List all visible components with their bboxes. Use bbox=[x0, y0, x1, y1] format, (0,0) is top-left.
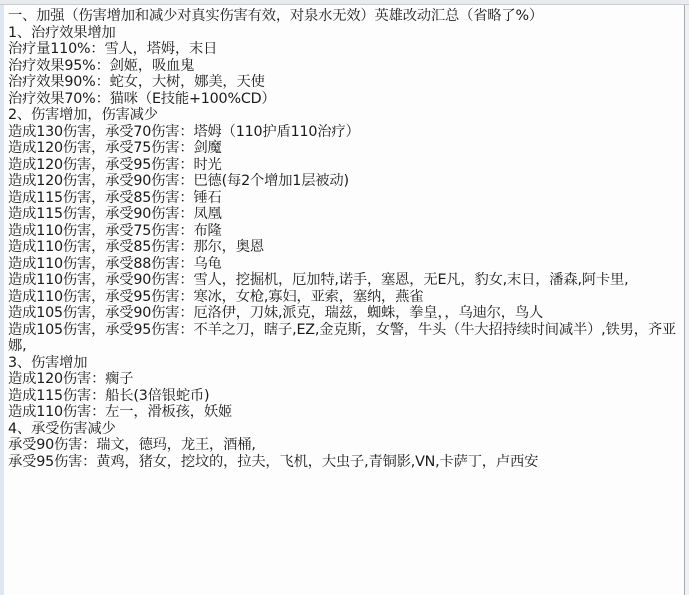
section-heading: 1、治疗效果增加 bbox=[8, 25, 680, 42]
scrollbar-track[interactable] bbox=[685, 5, 689, 595]
text-line: 承受90伤害：瑞文，德玛，龙王，酒桶, bbox=[8, 437, 680, 454]
text-line: 造成110伤害，承受95伤害：寒冰，女枪,寡妇，亚索，塞纳，燕雀 bbox=[8, 289, 680, 306]
window-left-edge bbox=[0, 5, 4, 595]
text-line: 造成115伤害，承受90伤害：凤凰 bbox=[8, 206, 680, 223]
section-damage-taken-reduction: 4、承受伤害减少 承受90伤害：瑞文，德玛，龙王，酒桶, 承受95伤害：黄鸡，猪… bbox=[8, 421, 680, 471]
text-line: 造成120伤害，承受90伤害：巴德(每2个增加1层被动) bbox=[8, 173, 680, 190]
text-line: 造成115伤害：船长(3倍银蛇币) bbox=[8, 388, 680, 405]
document-title: 一、加强（伤害增加和减少对真实伤害有效，对泉水无效）英雄改动汇总（省略了%） bbox=[8, 8, 680, 25]
section-heading: 2、伤害增加，伤害减少 bbox=[8, 107, 680, 124]
text-line: 造成105伤害，承受95伤害：不羊之刀，瞎子,EZ,金克斯，女警，牛头（牛大招持… bbox=[8, 322, 680, 355]
text-line: 造成110伤害：左一，滑板孩，妖姬 bbox=[8, 404, 680, 421]
section-healing: 1、治疗效果增加 治疗量110%：雪人，塔姆，末日 治疗效果95%：剑姬，吸血鬼… bbox=[8, 25, 680, 108]
text-line: 造成120伤害，承受95伤害：时光 bbox=[8, 157, 680, 174]
section-heading: 3、伤害增加 bbox=[8, 355, 680, 372]
text-line: 造成120伤害，承受75伤害：剑魔 bbox=[8, 140, 680, 157]
text-line: 造成130伤害，承受70伤害：塔姆（110护盾110治疗） bbox=[8, 124, 680, 141]
section-damage-dealt-taken: 2、伤害增加，伤害减少 造成130伤害，承受70伤害：塔姆（110护盾110治疗… bbox=[8, 107, 680, 355]
text-line: 造成110伤害，承受85伤害：那尔，奥恩 bbox=[8, 239, 680, 256]
text-line: 造成105伤害，承受90伤害：厄洛伊，刀妹,派克，瑞兹，蜘蛛，拳皇，，乌迪尔，鸟… bbox=[8, 305, 680, 322]
section-heading: 4、承受伤害减少 bbox=[8, 421, 680, 438]
text-line: 治疗效果70%：猫咪（E技能+100%CD） bbox=[8, 91, 680, 108]
document-window: 一、加强（伤害增加和减少对真实伤害有效，对泉水无效）英雄改动汇总（省略了%） 1… bbox=[0, 0, 689, 595]
text-line: 治疗量110%：雪人，塔姆，末日 bbox=[8, 41, 680, 58]
text-line: 造成110伤害，承受88伤害：乌龟 bbox=[8, 256, 680, 273]
text-line: 造成110伤害，承受90伤害：雪人，挖掘机，厄加特,诺手，塞恩，无E凡，豹女,末… bbox=[8, 272, 680, 289]
text-line: 造成120伤害：瘸子 bbox=[8, 371, 680, 388]
window-top-border bbox=[0, 0, 689, 5]
text-line: 承受95伤害：黄鸡，猪女，挖坟的，拉夫，飞机，大虫子,青铜影,VN,卡萨丁，卢西… bbox=[8, 454, 680, 471]
text-line: 造成110伤害，承受75伤害：布隆 bbox=[8, 223, 680, 240]
text-line: 治疗效果90%：蛇女，大树，娜美，天使 bbox=[8, 74, 680, 91]
document-text[interactable]: 一、加强（伤害增加和减少对真实伤害有效，对泉水无效）英雄改动汇总（省略了%） 1… bbox=[8, 8, 680, 470]
text-line: 造成115伤害，承受85伤害：锤石 bbox=[8, 190, 680, 207]
section-damage-increase: 3、伤害增加 造成120伤害：瘸子 造成115伤害：船长(3倍银蛇币) 造成11… bbox=[8, 355, 680, 421]
text-line: 治疗效果95%：剑姬，吸血鬼 bbox=[8, 58, 680, 75]
